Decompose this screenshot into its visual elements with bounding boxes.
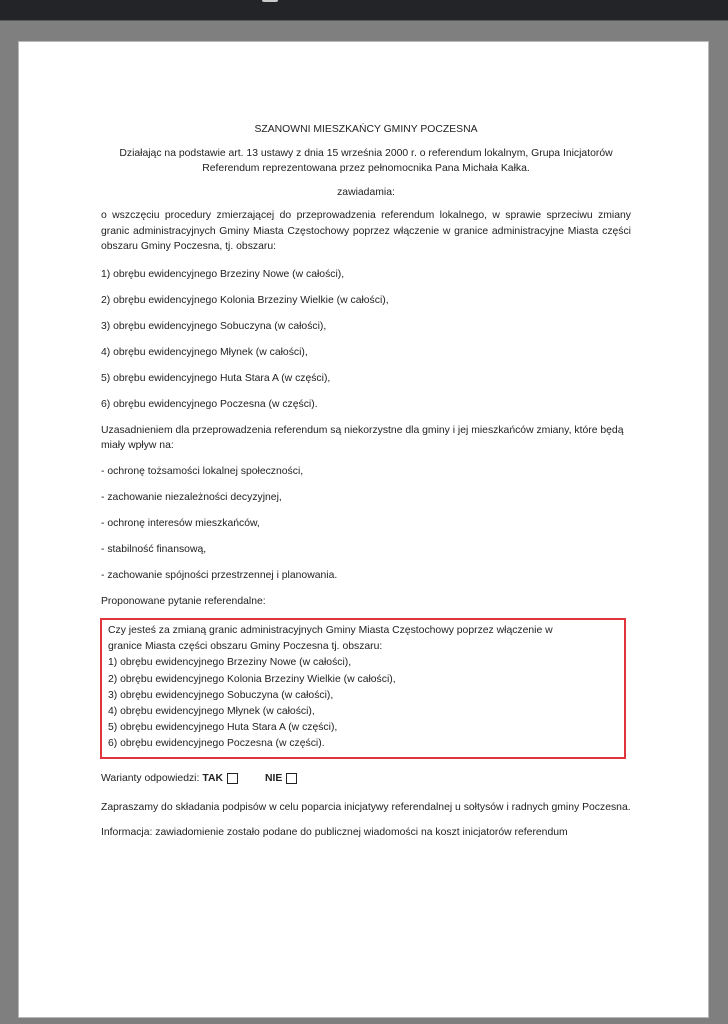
area-item: 3) obrębu ewidencyjnego Sobuczyna (w cał… — [101, 319, 631, 335]
answer-options: Warianty odpowiedzi: TAK NIE — [101, 771, 631, 787]
notice-paragraph: o wszczęciu procedury zmierzającej do pr… — [101, 208, 631, 255]
answers-label: Warianty odpowiedzi: — [101, 771, 199, 787]
info-paragraph: Informacja: zawiadomienie zostało podane… — [101, 825, 631, 841]
document-page: SZANOWNI MIESZKAŃCY GMINY POCZESNA Dział… — [18, 41, 709, 1018]
answer-yes-checkbox[interactable] — [227, 773, 238, 784]
answer-no-label: NIE — [265, 771, 282, 787]
area-item: 4) obrębu ewidencyjnego Młynek (w całośc… — [101, 345, 631, 361]
question-line: 6) obrębu ewidencyjnego Poczesna (w częś… — [108, 736, 618, 752]
answer-yes-label: TAK — [202, 771, 223, 787]
notify-heading: zawiadamia: — [101, 185, 631, 201]
drag-handle[interactable] — [262, 0, 278, 2]
question-line: 2) obrębu ewidencyjnego Kolonia Brzeziny… — [108, 672, 618, 688]
viewer-top-bar — [0, 0, 728, 21]
impact-item: - ochronę tożsamości lokalnej społecznoś… — [101, 464, 631, 480]
impact-item: - ochronę interesów mieszkańców, — [101, 516, 631, 532]
question-line: 4) obrębu ewidencyjnego Młynek (w całośc… — [108, 704, 618, 720]
impact-item: - stabilność finansową, — [101, 542, 631, 558]
answer-no-checkbox[interactable] — [286, 773, 297, 784]
intro-paragraph: Działając na podstawie art. 13 ustawy z … — [101, 146, 631, 177]
question-line: 3) obrębu ewidencyjnego Sobuczyna (w cał… — [108, 688, 618, 704]
document-content: SZANOWNI MIESZKAŃCY GMINY POCZESNA Dział… — [101, 122, 631, 840]
question-line: granice Miasta części obszaru Gminy Pocz… — [108, 639, 618, 655]
referendum-question-box: Czy jesteś za zmianą granic administracy… — [100, 618, 626, 759]
impact-item: - zachowanie spójności przestrzennej i p… — [101, 568, 631, 584]
area-item: 6) obrębu ewidencyjnego Poczesna (w częś… — [101, 397, 631, 413]
area-item: 2) obrębu ewidencyjnego Kolonia Brzeziny… — [101, 293, 631, 309]
impact-item: - zachowanie niezależności decyzyjnej, — [101, 490, 631, 506]
question-line: 5) obrębu ewidencyjnego Huta Stara A (w … — [108, 720, 618, 736]
question-label: Proponowane pytanie referendalne: — [101, 594, 631, 610]
area-item: 5) obrębu ewidencyjnego Huta Stara A (w … — [101, 371, 631, 387]
question-line: 1) obrębu ewidencyjnego Brzeziny Nowe (w… — [108, 655, 618, 671]
invite-paragraph: Zapraszamy do składania podpisów w celu … — [101, 800, 631, 816]
question-line: Czy jesteś za zmianą granic administracy… — [108, 623, 618, 639]
area-item: 1) obrębu ewidencyjnego Brzeziny Nowe (w… — [101, 267, 631, 283]
document-title: SZANOWNI MIESZKAŃCY GMINY POCZESNA — [101, 122, 631, 138]
reason-paragraph: Uzasadnieniem dla przeprowadzenia refere… — [101, 423, 631, 454]
